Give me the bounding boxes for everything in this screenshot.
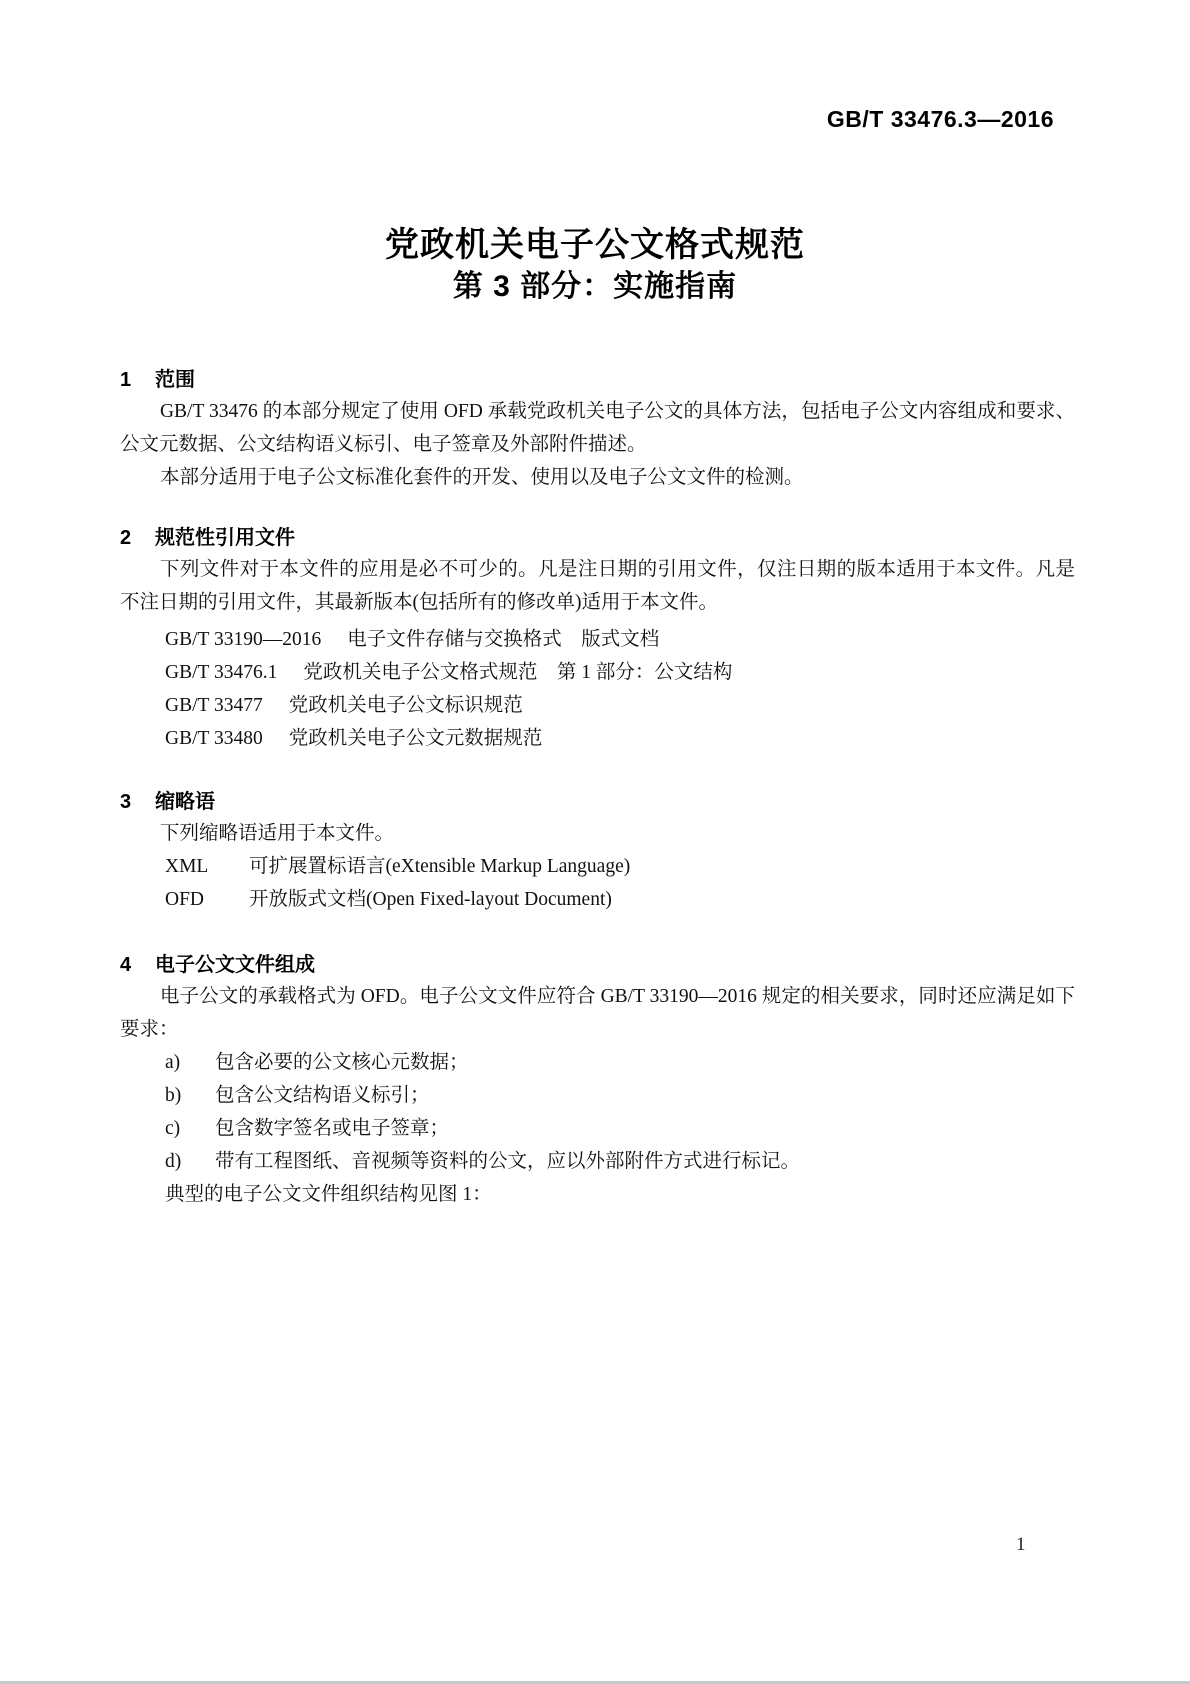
section-1-title: 范围 [155,369,195,391]
requirement-item: d)带有工程图纸、音视频等资料的公文，应以外部附件方式进行标记。 [120,1145,1075,1178]
abbreviation-definition: 可扩展置标语言(eXtensible Markup Language) [249,856,630,877]
section-1-heading: 1范围 [120,365,1075,395]
reference-item: GB/T 33477党政机关电子公文标识规范 [120,689,1075,722]
section-2-heading: 2规范性引用文件 [120,523,1075,553]
section-3-paragraph-1: 下列缩略语适用于本文件。 [120,817,1075,850]
requirement-label: b) [165,1079,215,1112]
reference-code: GB/T 33477 [165,695,263,716]
requirement-text: 包含必要的公文核心元数据； [215,1052,469,1073]
reference-code: GB/T 33480 [165,728,263,749]
requirement-item: a)包含必要的公文核心元数据； [120,1046,1075,1079]
normative-reference-list: GB/T 33190—2016电子文件存储与交换格式 版式文档 GB/T 334… [120,623,1075,755]
section-2-title: 规范性引用文件 [155,527,295,549]
requirement-item: c)包含数字签名或电子签章； [120,1112,1075,1145]
document-title-line2: 第 3 部分：实施指南 [0,270,1190,304]
requirement-label: a) [165,1046,215,1079]
requirement-item: b)包含公文结构语义标引； [120,1079,1075,1112]
abbreviation-item: OFD开放版式文档(Open Fixed-layout Document) [120,883,1075,916]
section-3-title: 缩略语 [155,791,215,813]
reference-code: GB/T 33190—2016 [165,629,321,650]
reference-item: GB/T 33480党政机关电子公文元数据规范 [120,722,1075,755]
reference-item: GB/T 33476.1党政机关电子公文格式规范 第 1 部分：公文结构 [120,656,1075,689]
section-2-number: 2 [120,523,136,553]
document-code: GB/T 33476.3—2016 [827,106,1054,133]
section-3-heading: 3缩略语 [120,787,1075,817]
reference-title: 党政机关电子公文标识规范 [289,695,523,716]
section-1-paragraph-2: 本部分适用于电子公文标准化套件的开发、使用以及电子公文文件的检测。 [120,461,1075,494]
requirement-label: d) [165,1145,215,1178]
reference-item: GB/T 33190—2016电子文件存储与交换格式 版式文档 [120,623,1075,656]
page-number: 1 [1016,1530,1026,1560]
abbreviation-definition: 开放版式文档(Open Fixed-layout Document) [249,889,612,910]
section-1-paragraph-1: GB/T 33476 的本部分规定了使用 OFD 承载党政机关电子公文的具体方法… [120,395,1075,461]
document-title: 党政机关电子公文格式规范 第 3 部分：实施指南 [0,226,1190,304]
standard-document-page: GB/T 33476.3—2016 党政机关电子公文格式规范 第 3 部分：实施… [0,0,1190,1684]
section-4-title: 电子公文文件组成 [155,954,315,976]
reference-code: GB/T 33476.1 [165,662,277,683]
requirement-text: 包含公文结构语义标引； [215,1085,430,1106]
section-4-closing-line: 典型的电子公文文件组织结构见图 1： [120,1178,1075,1211]
abbreviation-term: OFD [165,883,249,916]
section-2-paragraph-1: 下列文件对于本文件的应用是必不可少的。凡是注日期的引用文件，仅注日期的版本适用于… [120,553,1075,619]
requirement-label: c) [165,1112,215,1145]
document-body: 1范围 GB/T 33476 的本部分规定了使用 OFD 承载党政机关电子公文的… [120,350,1075,1211]
abbreviation-term: XML [165,850,249,883]
requirement-list: a)包含必要的公文核心元数据； b)包含公文结构语义标引； c)包含数字签名或电… [120,1046,1075,1178]
abbreviation-list: XML可扩展置标语言(eXtensible Markup Language) O… [120,850,1075,916]
section-3-number: 3 [120,787,136,817]
reference-title: 电子文件存储与交换格式 版式文档 [347,629,659,650]
section-4-paragraph-1: 电子公文的承载格式为 OFD。电子公文文件应符合 GB/T 33190—2016… [120,980,1075,1046]
abbreviation-item: XML可扩展置标语言(eXtensible Markup Language) [120,850,1075,883]
requirement-text: 带有工程图纸、音视频等资料的公文，应以外部附件方式进行标记。 [215,1151,800,1172]
section-4-number: 4 [120,950,136,980]
document-title-line1: 党政机关电子公文格式规范 [0,226,1190,264]
reference-title: 党政机关电子公文格式规范 第 1 部分：公文结构 [303,662,732,683]
section-4-heading: 4电子公文文件组成 [120,950,1075,980]
reference-title: 党政机关电子公文元数据规范 [289,728,543,749]
section-1-number: 1 [120,365,136,395]
requirement-text: 包含数字签名或电子签章； [215,1118,449,1139]
